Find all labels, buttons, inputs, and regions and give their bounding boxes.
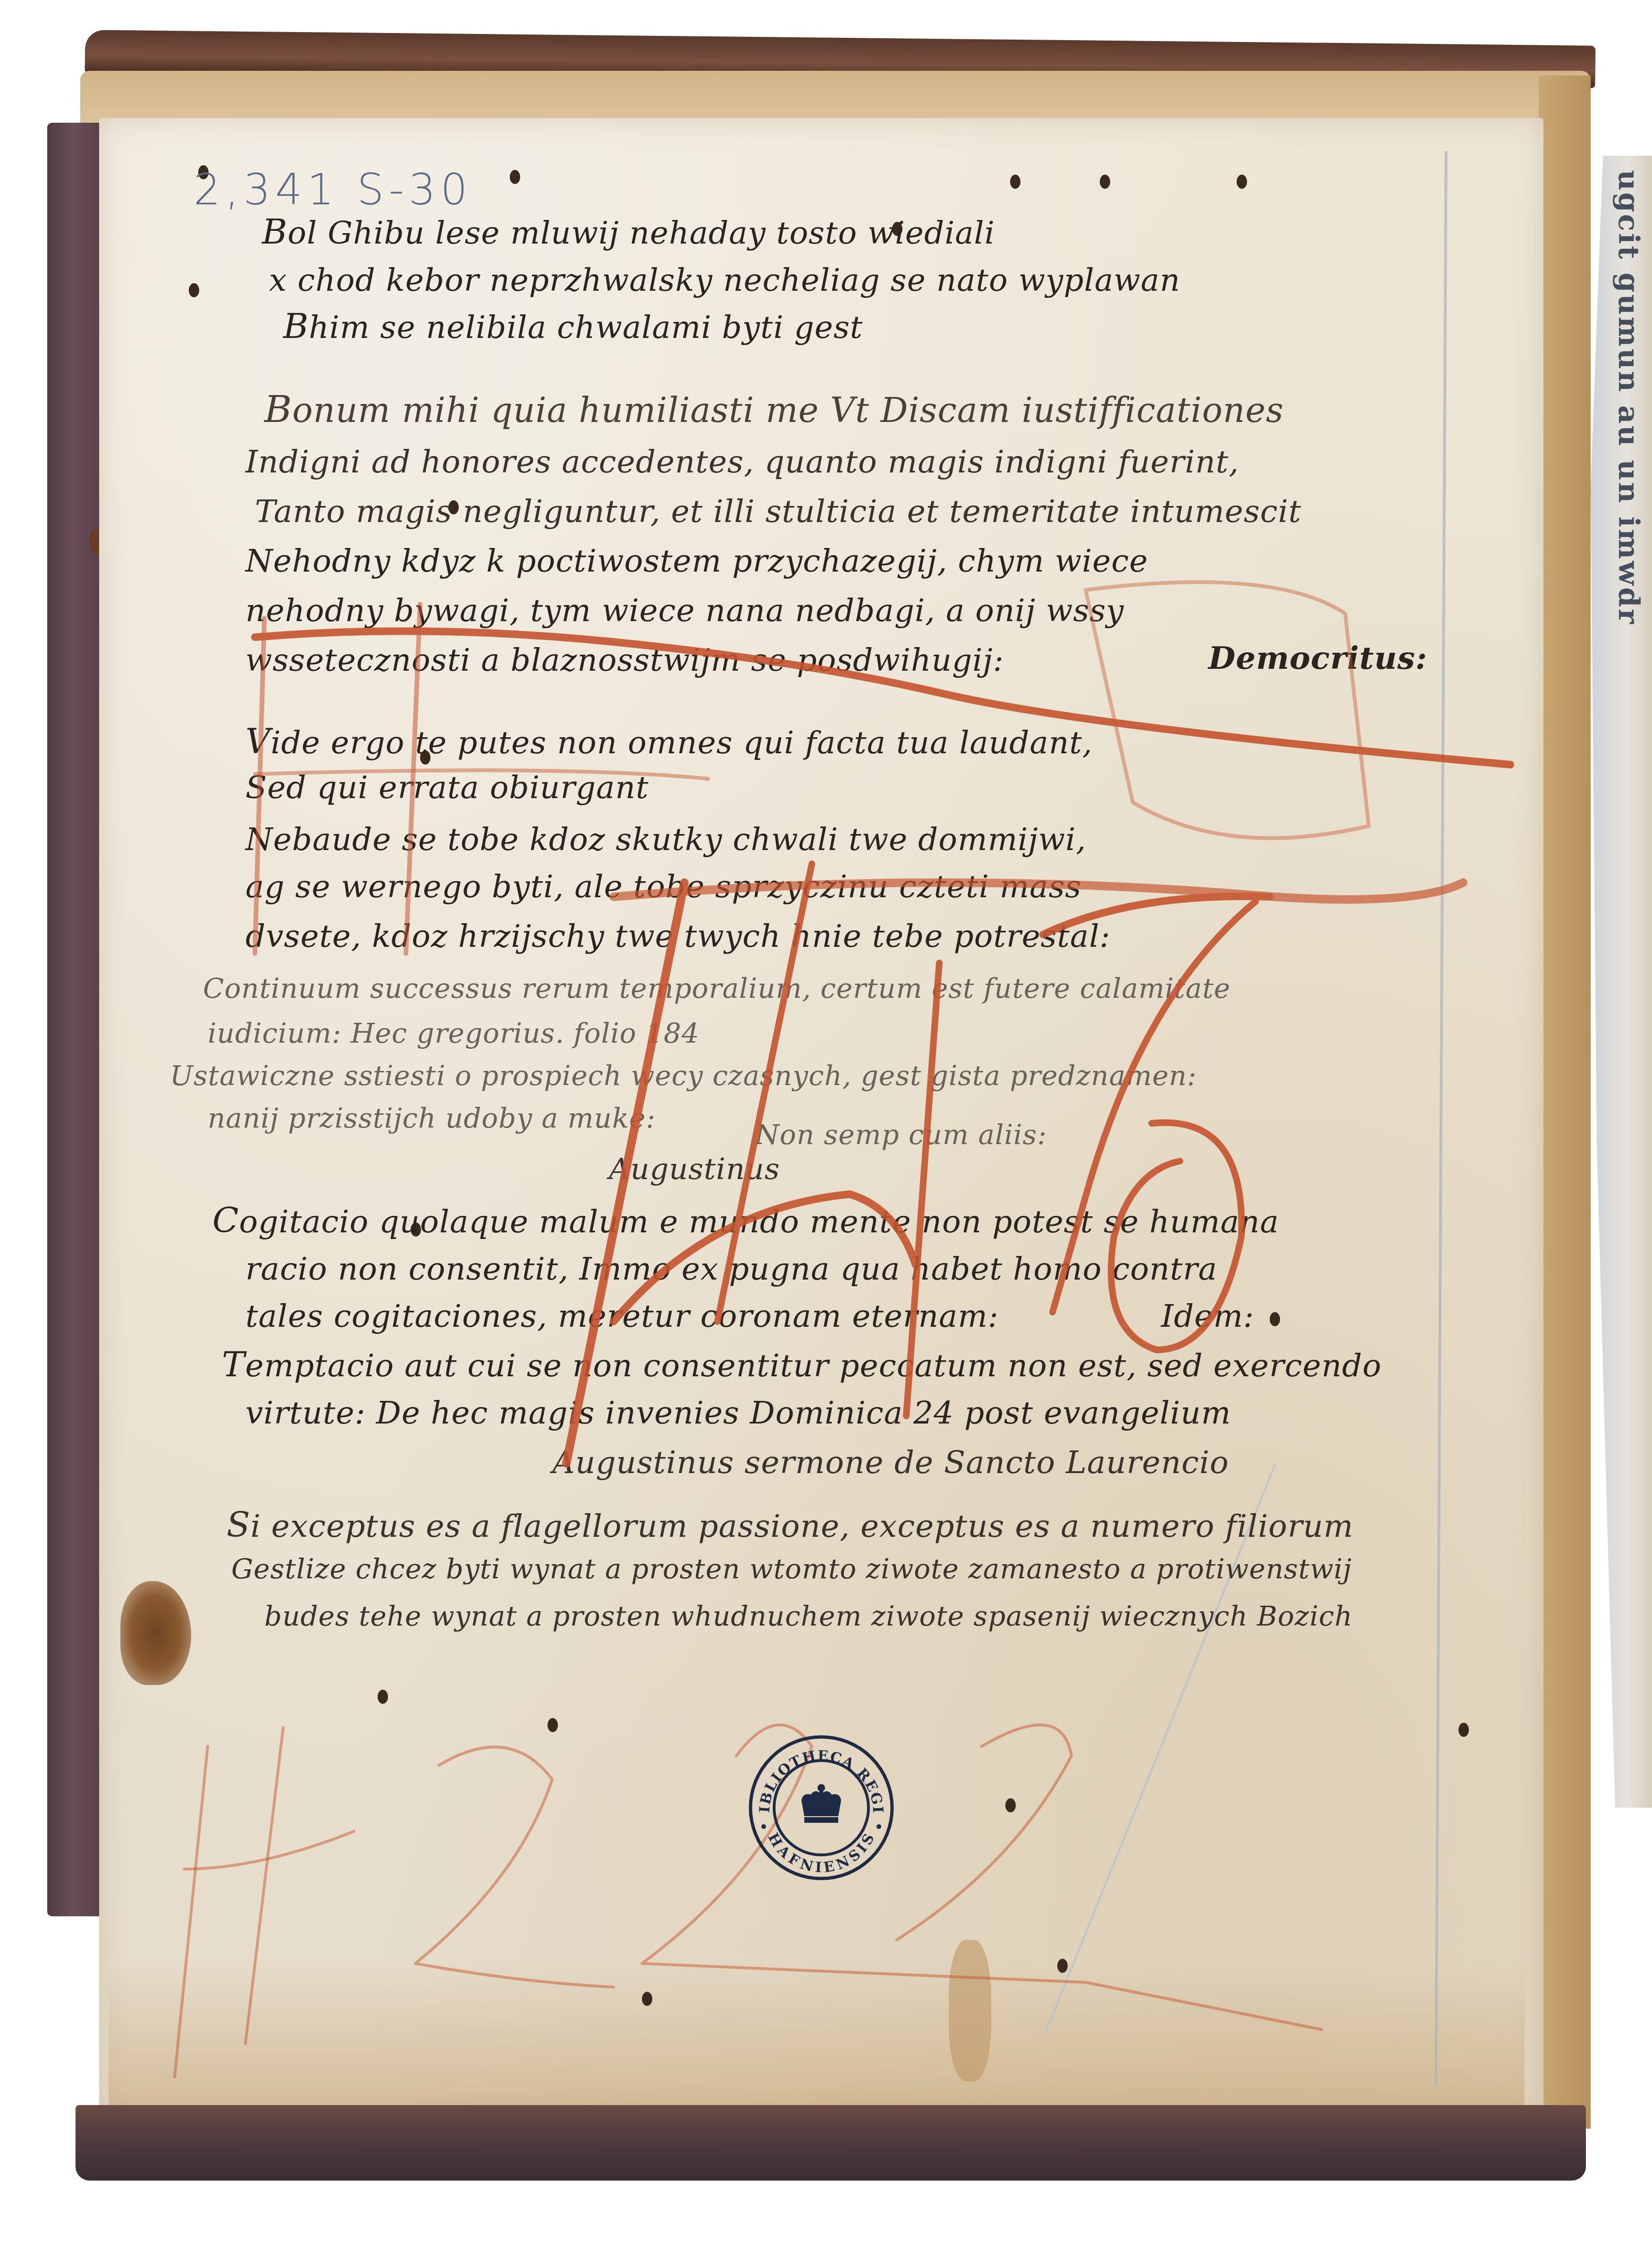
text-line: Bhim se nelibila chwalami byti gest [283, 307, 863, 346]
wormhole [1237, 175, 1247, 189]
marginal-name-idem: Idem: [1161, 1298, 1254, 1334]
text-line: Non semp cum aliis: [755, 1119, 1047, 1151]
wormhole [189, 283, 199, 297]
middle-brown-stain [949, 1940, 991, 2081]
bottom-binding-edge [76, 2105, 1586, 2181]
page-fore-edge [1539, 76, 1591, 2129]
text-line: Continuum successus rerum temporalium, c… [203, 972, 1231, 1004]
wormhole [510, 170, 520, 184]
wormhole [1458, 1723, 1469, 1737]
wormhole [1270, 1312, 1280, 1326]
wormhole [1005, 1798, 1016, 1812]
svg-text:HAFNIENSIS: HAFNIENSIS [764, 1830, 878, 1876]
text-line: Nehodny kdyz k poctiwostem przychazegij,… [245, 543, 1148, 579]
text-line: Augustinus sermone de Sancto Laurencio [552, 1444, 1229, 1481]
text-line: Cogitacio quolaque malum e mundo mente n… [212, 1201, 1279, 1241]
text-line: Augustinus [609, 1152, 780, 1186]
wormhole [1057, 1959, 1068, 1973]
text-line: Indigni ad honores accedentes, quanto ma… [245, 444, 1239, 480]
library-stamp: BIBLIOTHECA REGIA HAFNIENSIS [746, 1732, 897, 1883]
text-line: nehodny bywagi, tym wiece nana nedbagi, … [245, 592, 1124, 629]
text-line: ag se wernego byti, ale tobe sprzyczinu … [245, 868, 1081, 905]
wormhole [1010, 175, 1020, 189]
text-line: tales cogitaciones, meretur coronam eter… [245, 1298, 999, 1334]
text-line: nanij przisstijch udoby a muke: [208, 1102, 656, 1134]
text-line: virtute: De hec magis invenies Dominica … [245, 1395, 1231, 1431]
text-line: iudicium: Hec gregorius. folio 184 [208, 1017, 700, 1049]
crown-icon [801, 1784, 841, 1823]
text-line: Temptacio aut cui se non consentitur pec… [222, 1345, 1382, 1385]
wormhole [548, 1718, 558, 1732]
wormhole [1100, 175, 1110, 189]
text-line: dvsete, kdoz hrzijschy twe twych hnie te… [245, 918, 1111, 954]
pencil-shelfmark: 2,341 S-30 [194, 165, 472, 215]
text-line: Nebaude se tobe kdoz skutky chwali twe d… [245, 821, 1086, 858]
stamp-bottom-text: HAFNIENSIS [764, 1830, 878, 1876]
text-line: Bol Ghibu lese mluwij nehaday tosto wied… [262, 212, 995, 252]
text-line: racio non consentit, Immo ex pugna qua h… [245, 1251, 1217, 1287]
text-line: Bonum mihi quia humiliasti me Vt Discam … [264, 387, 1284, 431]
text-line: Ustawiczne sstiesti o prospiech wecy cza… [170, 1060, 1197, 1092]
right-leaf-printed-text: ugcit gumun au un imwdr [1602, 170, 1645, 784]
text-line: Tanto magis negliguntur, et illi stultic… [255, 493, 1301, 530]
left-leather-binding [47, 123, 104, 1916]
text-line: wssetecznosti a blaznosstwijm se posdwih… [245, 642, 1004, 678]
text-line: Si exceptus es a flagellorum passione, e… [227, 1506, 1354, 1545]
text-line: Sed qui errata obiurgant [245, 769, 649, 806]
page-bottom-water-stain [109, 1959, 1525, 2115]
text-line: Vide ergo te putes non omnes qui facta t… [245, 722, 1093, 762]
marginal-name-democritus: Democritus: [1208, 640, 1427, 676]
text-line: budes tehe wynat a prosten whudnuchem zi… [264, 1600, 1353, 1632]
wormhole [642, 1992, 652, 2006]
text-line: Gestlize chcez byti wynat a prosten wtom… [231, 1553, 1352, 1585]
wormhole [378, 1690, 388, 1704]
text-line: x chod kebor neprzhwalsky necheliag se n… [269, 262, 1180, 298]
